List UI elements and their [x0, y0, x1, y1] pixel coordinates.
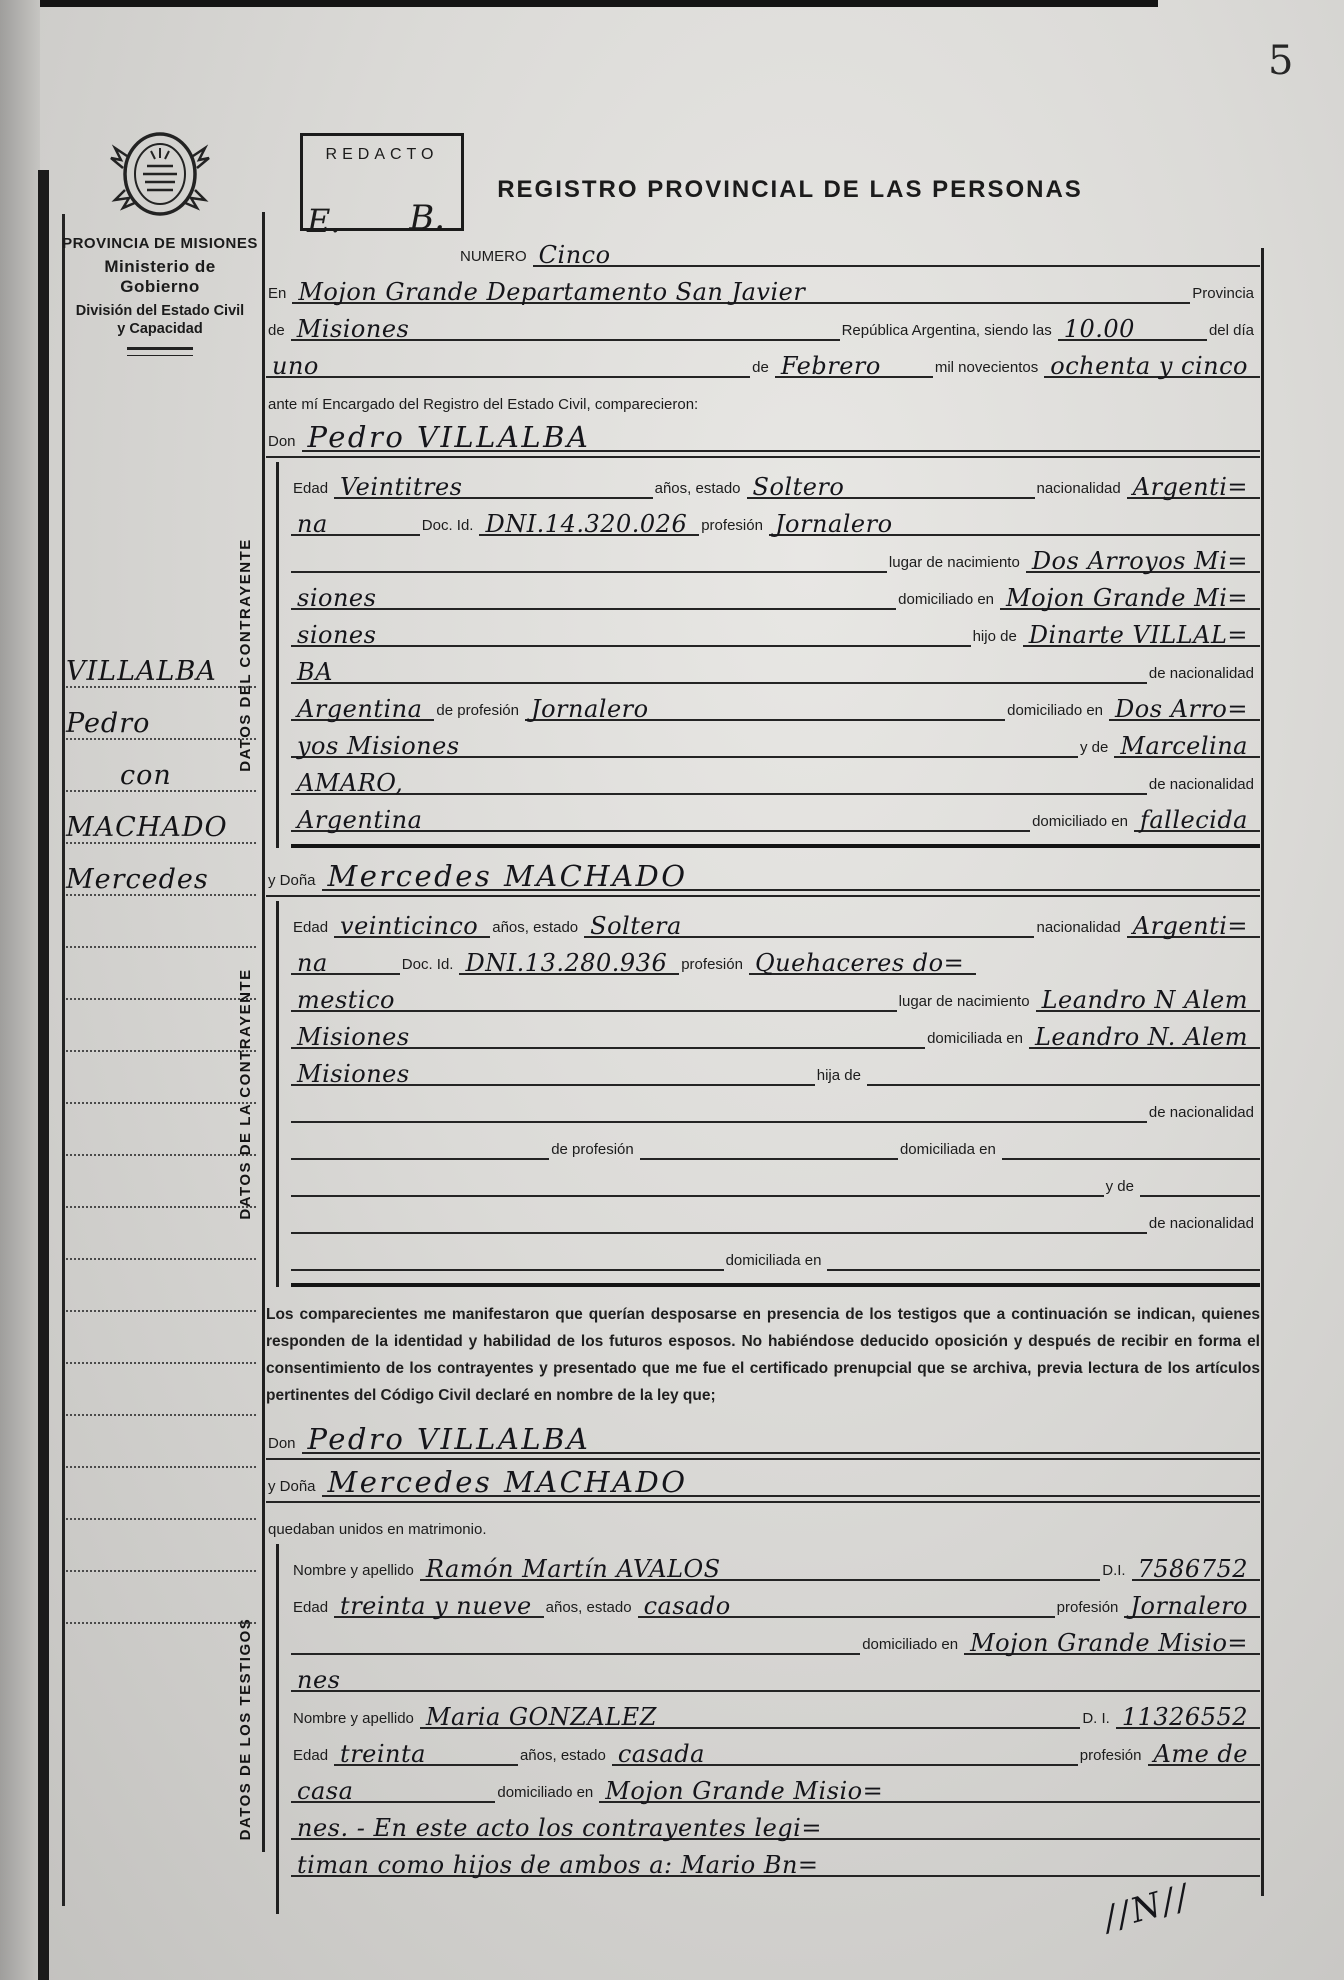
printed-label: profesión: [1078, 1747, 1148, 1766]
printed-label: Edad: [291, 1599, 334, 1618]
declaration-paragraph: Los comparecientes me manifestaron que q…: [266, 1301, 1260, 1409]
rule-fill: [407, 1010, 897, 1012]
handwritten-entry: Marcelina: [1114, 736, 1260, 758]
rule-fill: [291, 571, 887, 573]
handwritten-entry: Argentina: [291, 699, 434, 721]
handwritten-entry: Misiones: [291, 1027, 422, 1049]
printed-label: Doc. Id.: [420, 517, 480, 536]
printed-label: de nacionalidad: [1147, 776, 1260, 795]
rule-fill: [331, 376, 750, 378]
rule-fill: [291, 1121, 1147, 1123]
form-line: naDoc. Id.DNI.13.280.936profesiónQuehace…: [291, 938, 1260, 975]
book-binding-bar: [38, 170, 49, 1980]
rule-fill: [856, 497, 1034, 499]
rule-fill: [817, 302, 1190, 304]
handwritten-entry: Maria GONZALEZ: [420, 1707, 669, 1729]
rule-fill: [422, 1047, 925, 1049]
letterhead-ministry: Ministerio de Gobierno: [62, 257, 258, 297]
header-fields: NUMEROCincoEnMojon Grande Departamento S…: [266, 230, 1260, 458]
handwritten-entry: Mercedes MACHADO: [322, 864, 700, 891]
rule-fill: [743, 1616, 1055, 1618]
form-line: Edadtreintaaños, estadocasadaprofesiónAm…: [291, 1729, 1260, 1766]
handwritten-entry: Veintitres: [334, 477, 474, 499]
rule-fill: [291, 1158, 549, 1160]
handwritten-entry: uno: [266, 356, 331, 378]
rule-fill: [422, 1084, 815, 1086]
margin-note-line: [66, 948, 256, 1000]
form-line: Argentinade profesiónJornalerodomiciliad…: [291, 684, 1260, 721]
printed-label: y de: [1078, 739, 1114, 758]
handwritten-entry: yos Misiones: [291, 736, 472, 758]
handwritten-entry: na: [291, 953, 340, 975]
groom-section-side-label: DATOS DEL CONTRAYENTE: [237, 538, 254, 771]
rule-fill: [700, 889, 1260, 891]
handwritten-entry: Mojon Grande Mi=: [1000, 588, 1260, 610]
margin-note-line: [66, 1364, 256, 1416]
handwritten-entry: Jornalero: [525, 699, 661, 721]
rule-fill: [1002, 1158, 1260, 1160]
provincial-seal-icon: [107, 128, 213, 224]
letterhead-rule: [127, 347, 193, 356]
form-right-rule: [1261, 248, 1264, 1896]
form-left-rule: [262, 212, 265, 1852]
closing-tally-line: //N//: [291, 1877, 1260, 1914]
form-line: y de: [291, 1160, 1260, 1197]
margin-note-line: [66, 896, 256, 948]
form-line: Nombre y apellidoRamón Martín AVALOSD.I.…: [291, 1544, 1260, 1581]
form-line: mesticolugar de nacimientoLeandro N Alem: [291, 975, 1260, 1012]
handwritten-entry: veinticinco: [334, 916, 490, 938]
margin-note-line: Mercedes: [66, 844, 256, 896]
rule-fill: [1140, 1195, 1260, 1197]
form-line: Argentinadomiciliado enfallecida: [291, 795, 1260, 832]
printed-label: nacionalidad: [1034, 919, 1126, 938]
groom-name-line: DonPedro VILLALBA: [266, 415, 1260, 458]
handwritten-entry: siones: [291, 588, 388, 610]
handwritten-entry: Argentina: [291, 810, 434, 832]
printed-label: de: [750, 359, 775, 378]
page-number: 5: [1268, 38, 1293, 84]
rule-fill: [434, 830, 1030, 832]
document-title: REGISTRO PROVINCIAL DE LAS PERSONAS: [420, 176, 1160, 204]
handwritten-entry: timan como hijos de ambos a: Mario Bn=: [291, 1855, 831, 1877]
form-line: de nacionalidad: [291, 1197, 1260, 1234]
rule-fill: [1147, 339, 1207, 341]
handwritten-entry: DNI.13.280.936: [459, 953, 679, 975]
handwritten-entry: casa: [291, 1781, 365, 1803]
margin-note-line: [66, 1572, 256, 1624]
rule-fill: [602, 450, 1260, 452]
margin-note-line: [66, 1260, 256, 1312]
margin-note-line: VILLALBA: [66, 636, 256, 688]
form-line: Edadveinticincoaños, estadoSolteranacion…: [291, 901, 1260, 938]
form-line: sioneshijo deDinarte VILLAL=: [291, 610, 1260, 647]
printed-label: domiciliada en: [925, 1030, 1029, 1049]
rule-fill: [694, 936, 1035, 938]
printed-label: y Doña: [266, 1478, 322, 1497]
rule-fill: [388, 645, 970, 647]
bride-data-section: DATOS DE LA CONTRAYENTE Edadveinticincoa…: [276, 901, 1260, 1287]
rule-fill: [669, 1727, 1080, 1729]
form-line: [291, 1271, 1260, 1287]
rule-fill: [345, 682, 1147, 684]
printed-label: de profesión: [549, 1141, 640, 1160]
handwritten-entry: BA: [291, 662, 345, 684]
printed-label: quedaban unidos en matrimonio.: [266, 1521, 492, 1540]
printed-label: domiciliada en: [898, 1141, 1002, 1160]
printed-label: hija de: [815, 1067, 867, 1086]
printed-label: domiciliado en: [1005, 702, 1109, 721]
handwritten-entry: 11326552: [1116, 1707, 1260, 1729]
printed-label: años, estado: [544, 1599, 638, 1618]
form-line: yos Misionesy deMarcelina: [291, 721, 1260, 758]
form-line: nes. - En este acto los contrayentes leg…: [291, 1803, 1260, 1840]
form-line: timan como hijos de ambos a: Mario Bn=: [291, 1840, 1260, 1877]
form-line: Edadtreinta y nueveaños, estadocasadopro…: [291, 1581, 1260, 1618]
form-line: domiciliada en: [291, 1234, 1260, 1271]
printed-label: de nacionalidad: [1147, 1215, 1260, 1234]
printed-label: Don: [266, 1435, 302, 1454]
handwritten-entry: Pedro VILLALBA: [302, 1427, 603, 1454]
handwritten-entry: Misiones: [291, 319, 422, 341]
scanned-civil-registry-page: 5 PROVINCIA DE MISIONES Ministerio de Go…: [0, 0, 1344, 1980]
rule-fill: [388, 608, 896, 610]
printed-label: NUMERO: [458, 248, 533, 267]
printed-label: domiciliado en: [495, 1784, 599, 1803]
printed-label: Don: [266, 433, 302, 452]
printed-label: y de: [1104, 1178, 1140, 1197]
printed-label: domiciliado en: [1030, 813, 1134, 832]
handwritten-entry: Leandro N. Alem: [1029, 1027, 1260, 1049]
handwritten-entry: ochenta y cinco: [1044, 356, 1260, 378]
printed-label: domiciliado en: [860, 1636, 964, 1655]
rule-fill: [893, 376, 933, 378]
margin-note-line: [66, 1312, 256, 1364]
printed-label: y Doña: [266, 872, 322, 891]
rule-fill: [733, 1579, 1101, 1581]
printed-label: domiciliado en: [896, 591, 1000, 610]
handwritten-entry: Dos Arroyos Mi=: [1026, 551, 1260, 573]
rule-fill: [623, 265, 1260, 267]
printed-label: Edad: [291, 1747, 334, 1766]
form-line: naDoc. Id.DNI.14.320.026profesiónJornale…: [291, 499, 1260, 536]
printed-label: profesión: [679, 956, 749, 975]
printed-label: nacionalidad: [1035, 480, 1127, 499]
handwritten-entry: 7586752: [1132, 1559, 1260, 1581]
scan-top-edge: [0, 0, 1158, 7]
printed-label: República Argentina, siendo las: [840, 322, 1058, 341]
rule-fill: [438, 1764, 518, 1766]
rule-fill: [291, 1232, 1147, 1234]
margin-note-line: [66, 1468, 256, 1520]
margin-note-line: [66, 1520, 256, 1572]
handwritten-entry: siones: [291, 625, 388, 647]
handwritten-entry: Argenti=: [1127, 477, 1260, 499]
printed-label: Nombre y apellido: [291, 1562, 420, 1581]
handwritten-entry: Ame de: [1148, 1744, 1261, 1766]
rule-fill: [717, 1764, 1078, 1766]
date-line: unodeFebreromil novecientosochenta y cin…: [266, 341, 1260, 378]
rule-fill: [602, 1452, 1260, 1454]
handwritten-entry: mestico: [291, 990, 407, 1012]
handwritten-entry: Ramón Martín AVALOS: [420, 1559, 733, 1581]
margin-vertical-rule: [62, 214, 65, 1906]
printed-label: años, estado: [518, 1747, 612, 1766]
form-line: Nombre y apellidoMaria GONZALEZD. I.1132…: [291, 1692, 1260, 1729]
bride-section-side-label: DATOS DE LA CONTRAYENTE: [237, 968, 254, 1219]
printed-label: de nacionalidad: [1147, 665, 1260, 684]
margin-note-line: MACHADO: [66, 792, 256, 844]
printed-label: D.I.: [1100, 1562, 1131, 1581]
officiant-line: ante mí Encargado del Registro del Estad…: [266, 378, 1260, 415]
printed-label: de: [266, 322, 291, 341]
handwritten-entry: 10.00: [1058, 319, 1147, 341]
handwritten-entry: casada: [612, 1744, 717, 1766]
printed-label: profesión: [1055, 1599, 1125, 1618]
rule-fill: [291, 1653, 860, 1655]
handwritten-entry: Argenti=: [1127, 916, 1260, 938]
form-line: Misioneshija de: [291, 1049, 1260, 1086]
margin-note-line: [66, 1156, 256, 1208]
rule-fill: [895, 1801, 1260, 1803]
handwritten-entry: Misiones: [291, 1064, 422, 1086]
form-line: EdadVeintitresaños, estadoSolteronaciona…: [291, 462, 1260, 499]
rule-fill: [827, 1269, 1260, 1271]
margin-note-line: [66, 1052, 256, 1104]
handwritten-entry: nes. - En este acto los contrayentes leg…: [291, 1818, 834, 1840]
rule-fill: [421, 339, 839, 341]
rule-fill: [867, 1084, 1260, 1086]
bride-intro: y DoñaMercedes MACHADO: [266, 854, 1260, 897]
printed-label: de profesión: [434, 702, 525, 721]
margin-note-line: [66, 1104, 256, 1156]
printed-label: ante mí Encargado del Registro del Estad…: [266, 396, 704, 415]
vow-lines: DonPedro VILLALBAy DoñaMercedes MACHADOq…: [266, 1417, 1260, 1540]
printed-label: de nacionalidad: [1147, 1104, 1260, 1123]
margin-note-line: [66, 1416, 256, 1468]
form-line: de nacionalidad: [291, 1086, 1260, 1123]
bride-vow-line: y DoñaMercedes MACHADO: [266, 1460, 1260, 1503]
printed-label: del día: [1207, 322, 1260, 341]
printed-label: años, estado: [653, 480, 747, 499]
printed-label: Doc. Id.: [400, 956, 460, 975]
printed-label: Edad: [291, 480, 334, 499]
handwritten-entry: Dinarte VILLAL=: [1023, 625, 1260, 647]
form-line: casadomiciliado enMojon Grande Misio=: [291, 1766, 1260, 1803]
rule-fill: [340, 973, 400, 975]
form-line: [291, 832, 1260, 848]
printed-label: años, estado: [490, 919, 584, 938]
handwritten-entry: Leandro N Alem: [1036, 990, 1260, 1012]
rule-fill: [661, 719, 1006, 721]
printed-label: D. I.: [1080, 1710, 1116, 1729]
groom-data-section: DATOS DEL CONTRAYENTE EdadVeintitresaños…: [276, 462, 1260, 848]
groom-vow-line: DonPedro VILLALBA: [266, 1417, 1260, 1460]
rule-fill: [831, 1875, 1260, 1877]
handwritten-entry: Mercedes MACHADO: [322, 1470, 700, 1497]
rule-fill: [291, 1269, 724, 1271]
witnesses-section-side-label: DATOS DE LOS TESTIGOS: [237, 1618, 254, 1841]
printed-label: domiciliada en: [724, 1252, 828, 1271]
handwritten-entry: fallecida: [1134, 810, 1260, 832]
handwritten-entry: DNI.14.320.026: [479, 514, 699, 536]
handwritten-entry: Cinco: [533, 245, 623, 267]
handwritten-entry: Mojon Grande Misio=: [964, 1633, 1260, 1655]
printed-label: Edad: [291, 919, 334, 938]
rule-fill: [640, 1158, 898, 1160]
handwritten-entry: Febrero: [775, 356, 893, 378]
printed-label: mil novecientos: [933, 359, 1044, 378]
margin-notes: VILLALBAPedroconMACHADOMercedes: [66, 636, 256, 1624]
bride-name-line: y DoñaMercedes MACHADO: [266, 854, 1260, 897]
form-line: de profesióndomiciliada en: [291, 1123, 1260, 1160]
numero-line: NUMEROCinco: [266, 230, 1260, 267]
form-line: domiciliado enMojon Grande Misio=: [291, 1618, 1260, 1655]
margin-note-line: [66, 1000, 256, 1052]
handwritten-entry: Jornalero: [769, 514, 905, 536]
printed-label: En: [266, 285, 292, 304]
handwritten-entry: casado: [638, 1596, 743, 1618]
letterhead-division-line1: División del Estado Civil: [62, 303, 258, 319]
form-line: BAde nacionalidad: [291, 647, 1260, 684]
letterhead: PROVINCIA DE MISIONES Ministerio de Gobi…: [62, 128, 258, 356]
handwritten-entry: Soltero: [747, 477, 857, 499]
rule-fill: [472, 756, 1078, 758]
form-line: lugar de nacimientoDos Arroyos Mi=: [291, 536, 1260, 573]
form-line: nes: [291, 1655, 1260, 1692]
handwritten-entry: na: [291, 514, 340, 536]
place-line: EnMojon Grande Departamento San JavierPr…: [266, 267, 1260, 304]
handwritten-entry: Quehaceres do=: [749, 953, 976, 975]
witnesses-data-section: DATOS DE LOS TESTIGOS Nombre y apellidoR…: [276, 1544, 1260, 1914]
province-line: deMisionesRepública Argentina, siendo la…: [266, 304, 1260, 341]
printed-label: profesión: [699, 517, 769, 536]
rule-fill: [415, 793, 1147, 795]
letterhead-division-line2: y Capacidad: [62, 321, 258, 337]
handwritten-entry: Mojon Grande Departamento San Javier: [292, 282, 817, 304]
rule-fill: [291, 1195, 1104, 1197]
union-line: quedaban unidos en matrimonio.: [266, 1503, 1260, 1540]
handwritten-entry: Soltera: [584, 916, 694, 938]
rule-fill: [474, 497, 652, 499]
rule-fill: [352, 1690, 1260, 1692]
margin-note-line: Pedro: [66, 688, 256, 740]
handwritten-entry: treinta y nueve: [334, 1596, 544, 1618]
printed-label: Nombre y apellido: [291, 1710, 420, 1729]
form-line: Misionesdomiciliada enLeandro N. Alem: [291, 1012, 1260, 1049]
handwritten-entry: AMARO,: [291, 773, 415, 795]
handwritten-entry: nes: [291, 1670, 352, 1692]
rule-fill: [834, 1838, 1260, 1840]
registry-form: NUMEROCincoEnMojon Grande Departamento S…: [266, 230, 1260, 1920]
printed-label: Provincia: [1190, 285, 1260, 304]
scan-left-shade: [0, 0, 40, 1980]
rule-fill: [365, 1801, 495, 1803]
printed-label: hijo de: [971, 628, 1023, 647]
form-line: sionesdomiciliado enMojon Grande Mi=: [291, 573, 1260, 610]
letterhead-province: PROVINCIA DE MISIONES: [62, 235, 258, 252]
handwritten-entry: Jornalero: [1124, 1596, 1260, 1618]
rule-fill: [340, 534, 420, 536]
margin-note-line: [66, 1208, 256, 1260]
printed-label: lugar de nacimiento: [887, 554, 1026, 573]
handwritten-entry: Pedro VILLALBA: [302, 425, 603, 452]
rule-fill: [700, 1495, 1260, 1497]
printed-label: lugar de nacimiento: [897, 993, 1036, 1012]
rule-fill: [905, 534, 1260, 536]
form-line: AMARO,de nacionalidad: [291, 758, 1260, 795]
handwritten-entry: Mojon Grande Misio=: [599, 1781, 895, 1803]
redacto-label: REDACTO: [303, 146, 461, 164]
margin-note-line: con: [66, 740, 256, 792]
handwritten-entry: Dos Arro=: [1109, 699, 1260, 721]
handwritten-entry: treinta: [334, 1744, 438, 1766]
